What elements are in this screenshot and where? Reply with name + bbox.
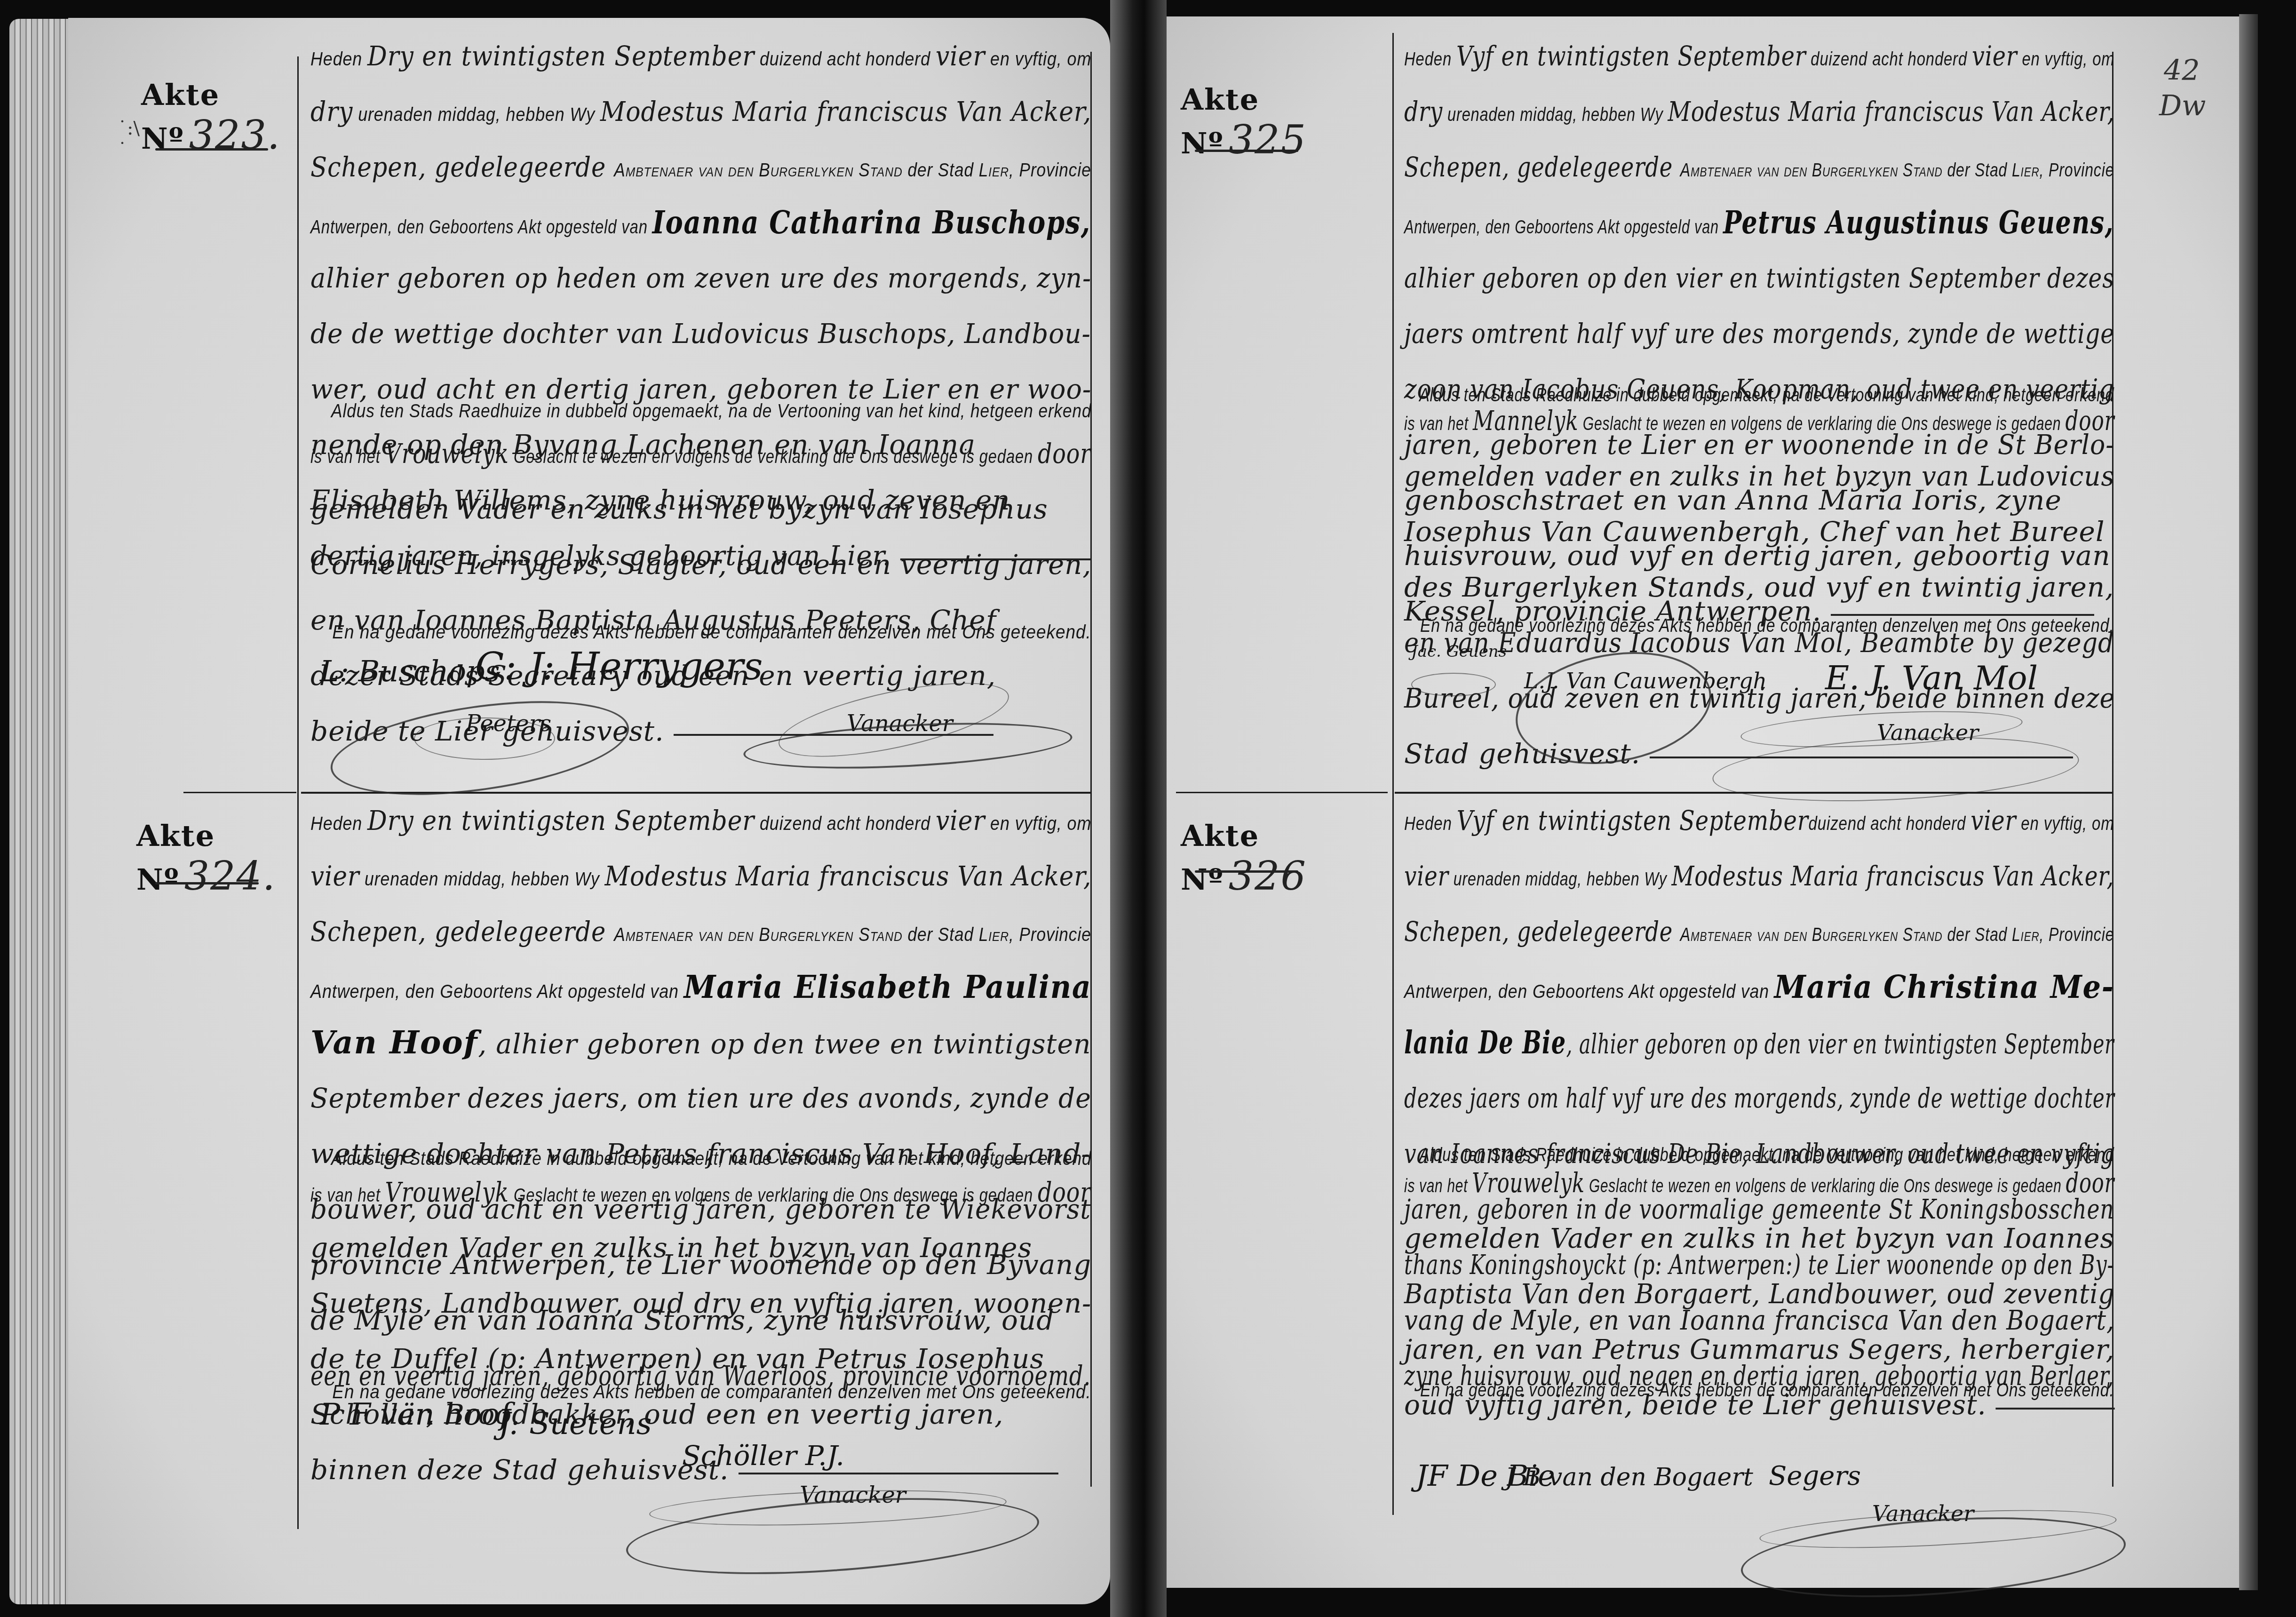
handwritten-text: Mannelyk (1473, 405, 1579, 437)
printed-text: der Stad (903, 924, 979, 945)
akte-number: 324. (184, 853, 276, 899)
handwritten-text: Schepen, gedelegeerde (1404, 151, 1680, 183)
child-name: Maria Christina Me- (1774, 968, 2114, 1006)
child-name: lania De Bie (1404, 1024, 1566, 1061)
printed-text: der Stad (1943, 160, 2012, 181)
printed-text: Heden (310, 813, 367, 834)
handwritten-text: Modestus Maria franciscus Van Acker, (600, 96, 1091, 127)
printed-text: der Stad (1943, 924, 2012, 945)
right-page-margin-divider (1176, 792, 1388, 793)
printed-text: Ambtenaer van den Burgerlyken Stand (1680, 924, 1943, 945)
margin-dash (155, 882, 259, 884)
text-line: Schepen, gedelegeerde Ambtenaer van den … (1404, 139, 1975, 195)
text-line: Antwerpen, den Geboortens Akt opgesteld … (310, 959, 1012, 1015)
printed-text: Ambtenaer van den Burgerlyken Stand (614, 160, 902, 181)
text-line: Antwerpen, den Geboortens Akt opgesteld … (1404, 959, 2037, 1015)
margin-mark: ˙:\ ˙ (118, 118, 140, 161)
handwritten-text: , alhier geboren op den twee en twintigs… (478, 1028, 1091, 1060)
handwritten-text: Vrouwelyk (385, 1176, 509, 1208)
signature: J: Suetens (499, 1407, 652, 1442)
text-line: jaren, en van Petrus Gummarus Segers, he… (1404, 1322, 2088, 1377)
handwritten-text: , alhier geboren op den vier en twintigs… (1566, 1028, 2114, 1060)
printed-text: Ambtenaer van den Burgerlyken Stand (1680, 160, 1943, 181)
printed-text: Heden (1404, 813, 1457, 834)
printed-text: is van het (1404, 414, 1473, 434)
page-stack-edge (9, 19, 71, 1604)
handwritten-text: door (1038, 438, 1091, 470)
handwritten-text: Baptista Van den Borgaert, Landbouwer, o… (1404, 1278, 2115, 1310)
printed-text: en vyftig, om (2016, 813, 2114, 834)
printed-text: Antwerpen, den Geboortens Akt opgesteld … (1404, 217, 1723, 238)
printed-text: en vyftig, om (2017, 49, 2114, 70)
text-line: gemelden vader en zulks in het byzyn van… (1404, 448, 2074, 504)
signed-statement: En na gedane voorlezing dezes Akts hebbe… (1420, 1380, 2114, 1401)
text-line: gemelden Vader en zulks in het byzyn van… (310, 481, 1091, 537)
text-line: vier urenaden middag, hebben Wy Modestus… (310, 848, 1005, 904)
handwritten-text: Dry en twintigsten September (367, 805, 755, 836)
handwritten-text: vier (1404, 860, 1449, 892)
printed-text: is van het (310, 446, 385, 467)
signed-statement: En na gedane voorlezing dezes Akts hebbe… (332, 622, 1091, 643)
handwritten-text: vier (1972, 40, 2017, 72)
printed-text: Heden (1404, 49, 1456, 70)
printed-text: duizend acht honderd (1809, 813, 1971, 834)
akte-number: 323. (189, 112, 281, 158)
printed-text: Ambtenaer van den Burgerlyken Stand (614, 924, 902, 945)
text-line: Baptista Van den Borgaert, Landbouwer, o… (1404, 1266, 2058, 1322)
text-line: gemelden Vader en zulks in het byzyn van… (1404, 1211, 2103, 1266)
handwritten-text: dry (1404, 96, 1443, 127)
text-line: Iosephus Van Cauwenbergh, Chef van het B… (1404, 504, 2114, 559)
signature: P F van hoof (320, 1397, 511, 1432)
printed-text: en vyftig, om (985, 813, 1091, 834)
handwritten-text: Modestus Maria franciscus Van Acker, (604, 860, 1091, 892)
signature-flourish (414, 717, 555, 760)
handwritten-text: jaers omtrent half vyf ure des morgends,… (1404, 318, 2114, 350)
handwritten-text: gemelden vader en zulks in het byzyn van… (1404, 460, 2115, 492)
printed-text: Geslacht te wezen en volgens de verklari… (509, 1185, 1038, 1206)
handwritten-text: September dezes jaers, om tien ure des a… (310, 1082, 1091, 1114)
handwritten-text: vier (1970, 805, 2016, 836)
text-line: September dezes jaers, om tien ure des a… (310, 1070, 1053, 1126)
margin-dash (1195, 150, 1298, 152)
printed-text: der Stad (903, 160, 979, 181)
handwritten-text: Vrouwelyk (385, 438, 509, 470)
handwritten-text: alhier geboren op den vier en twintigste… (1404, 262, 2114, 294)
printed-text: Lier (979, 160, 1009, 181)
handwritten-text: Vyf en twintigsten September (1456, 40, 1806, 72)
handwritten-text: Cornelius Herrygers, Slagter, oud een en… (310, 549, 1091, 581)
handwritten-text: door (2065, 405, 2114, 437)
child-name: Maria Elisabeth Paulina (684, 968, 1092, 1006)
printed-text: , Provincie (1009, 924, 1091, 945)
handwritten-text: dry (310, 96, 353, 127)
margin-note: 42 (2164, 54, 2200, 87)
text-line: vier urenaden middag, hebben Wy Modestus… (1404, 848, 1978, 904)
handwritten-text: Schepen, gedelegeerde (1404, 916, 1680, 948)
printed-text: , Provincie (1009, 160, 1091, 181)
handwritten-text: door (2066, 1167, 2114, 1199)
printed-text: en vyftig, om (985, 49, 1091, 70)
text-line: Schepen, gedelegeerde Ambtenaer van den … (1404, 904, 1975, 959)
margin-dash (1195, 870, 1298, 873)
printed-text: Lier (2012, 924, 2040, 945)
signature: L: Buschops (320, 654, 500, 688)
child-name: Van Hoof (310, 1024, 478, 1061)
text-line: lania De Bie, alhier geboren op den vier… (1404, 1015, 1904, 1070)
printed-text: is van het (310, 1185, 385, 1206)
signature: C: J: Herrygers (475, 645, 763, 688)
text-line: Schepen, gedelegeerde Ambtenaer van den … (310, 139, 1000, 195)
text-line: jaers omtrent half vyf ure des morgends,… (1404, 306, 2007, 361)
text-line: Heden Dry en twintigsten September duize… (310, 793, 1011, 848)
text-line: gemelden Vader en zulks in het byzyn van… (310, 1220, 1091, 1275)
printed-text: Antwerpen, den Geboortens Akt opgesteld … (310, 981, 684, 1002)
signed-statement: En na gedane voorlezing dezes Akts hebbe… (1420, 615, 2114, 636)
akte-number-label: Akte Nº324. (136, 819, 276, 899)
text-line: Heden Dry en twintigsten September duize… (310, 28, 1011, 84)
handwritten-text: des Burgerlyken Stands, oud vyf en twint… (1404, 571, 2114, 603)
text-line: de de wettige dochter van Ludovicus Busc… (310, 306, 1049, 361)
text-line: alhier geboren op den vier en twintigste… (1404, 250, 1998, 306)
printed-text: duizend acht honderd (755, 49, 936, 70)
handwritten-text: Suetens, Landbouwer, oud dry en vyftig j… (310, 1287, 1091, 1319)
text-line: dry urenaden middag, hebben Wy Modestus … (310, 84, 1011, 139)
handwritten-text: gemelden Vader en zulks in het byzyn van… (310, 1232, 1032, 1264)
printed-text: Geslacht te wezen en volgens de verklari… (1579, 414, 2066, 434)
printed-text: duizend acht honderd (755, 813, 936, 834)
text-line: Suetens, Landbouwer, oud dry en vyftig j… (310, 1275, 1082, 1331)
child-name: Ioanna Catharina Buschops, (652, 204, 1091, 241)
akte-number: 326 (1229, 853, 1307, 899)
printed-text: urenaden middag, hebben Wy (1443, 104, 1668, 125)
printed-text: is van het (1404, 1176, 1472, 1196)
text-line: alhier geboren op heden om zeven ure des… (310, 250, 1039, 306)
child-name: Petrus Augustinus Geuens, (1723, 204, 2114, 241)
text-line: dezes jaers om half vyf ure des morgends… (1404, 1070, 1922, 1126)
handwritten-text: vier (936, 805, 985, 836)
handwritten-text: door (1038, 1176, 1091, 1208)
margin-dash (155, 148, 268, 151)
handwritten-text: binnen deze Stad gehuisvest. (310, 1454, 729, 1486)
printed-text: , Provincie (2040, 160, 2114, 181)
text-line: Heden Vyf en twintigsten September duize… (1404, 28, 1988, 84)
handwritten-text: jaren, en van Petrus Gummarus Segers, he… (1404, 1333, 2114, 1365)
handwritten-text: de de wettige dochter van Ludovicus Busc… (310, 318, 1091, 350)
handwritten-text: Iosephus Van Cauwenbergh, Chef van het B… (1404, 516, 2105, 548)
text-line: Heden Vyf en twintigsten Septemberduizen… (1404, 793, 1992, 848)
handwritten-text: gemelden Vader en zulks in het byzyn van… (1404, 1222, 2114, 1254)
closing-intro: Aldus ten Stads Raedhuize in dubbeld opg… (331, 401, 1091, 422)
text-line: des Burgerlyken Stands, oud vyf en twint… (1404, 559, 2113, 615)
signature-flourish (1411, 673, 1496, 696)
akte-number-label: Akte Nº323. (141, 78, 281, 158)
printed-text: Antwerpen, den Geboortens Akt opgesteld … (310, 217, 652, 238)
text-line: Van Hoof, alhier geboren op den twee en … (310, 1015, 1075, 1070)
handwritten-text: vier (936, 40, 985, 72)
printed-text: Lier (2012, 160, 2040, 181)
signature: Schöller P.J. (682, 1440, 844, 1472)
handwritten-text: vier (310, 860, 359, 892)
printed-text: Lier (979, 924, 1009, 945)
handwritten-text: Dry en twintigsten September (367, 40, 755, 72)
left-page-margin-divider (183, 792, 296, 793)
book-gutter (1110, 0, 1167, 1617)
text-line: Antwerpen, den Geboortens Akt opgesteld … (1404, 195, 1950, 250)
right-page-edge (2239, 14, 2258, 1590)
text-line: is van het Vrouwelyk Geslacht te wezen e… (310, 1164, 951, 1220)
margin-note: Dw (2159, 89, 2206, 122)
handwritten-text: Vyf en twintigsten September (1457, 805, 1809, 836)
signature: J B van den Bogaert (1505, 1463, 1753, 1491)
text-line: Antwerpen, den Geboortens Akt opgesteld … (310, 195, 953, 250)
printed-text: Antwerpen, den Geboortens Akt opgesteld … (1404, 981, 1774, 1002)
printed-text: urenaden middag, hebben Wy (353, 104, 600, 125)
printed-text: duizend acht honderd (1806, 49, 1972, 70)
handwritten-text: Schepen, gedelegeerde (310, 151, 614, 183)
handwritten-text: dezes jaers om half vyf ure des morgends… (1404, 1082, 2114, 1114)
akte-number: 325 (1229, 117, 1307, 163)
text-line: Schepen, gedelegeerde Ambtenaer van den … (310, 904, 1000, 959)
printed-text: urenaden middag, hebben Wy (359, 869, 604, 890)
handwritten-text: Vrouwelyk (1472, 1167, 1585, 1199)
printed-text: , Provincie (2040, 924, 2114, 945)
printed-text: Heden (310, 49, 367, 70)
printed-text: urenaden middag, hebben Wy (1449, 869, 1672, 890)
text-line: is van het Vrouwelyk Geslacht te wezen e… (1404, 1155, 1934, 1211)
handwritten-text: alhier geboren op heden om zeven ure des… (310, 262, 1091, 294)
signature: Segers (1769, 1461, 1861, 1491)
signature: Jac. Geuens (1411, 642, 1507, 661)
handwritten-text: Modestus Maria franciscus Van Acker, (1671, 860, 2114, 892)
printed-text: Geslacht te wezen en volgens de verklari… (509, 446, 1038, 467)
line-filler-dash (1995, 1408, 2114, 1410)
printed-text: Geslacht te wezen en volgens de verklari… (1585, 1176, 2066, 1196)
akte-number-label: Akte Nº326 (1181, 819, 1307, 899)
handwritten-text: Schepen, gedelegeerde (310, 916, 614, 948)
text-line: is van het Mannelyk Geslacht te wezen en… (1404, 393, 1940, 448)
line-filler-dash (739, 1473, 1058, 1474)
right-page-margin-rule (1392, 33, 1394, 1515)
handwritten-text: Modestus Maria franciscus Van Acker, (1668, 96, 2114, 127)
text-line: Cornelius Herrygers, Slagter, oud een en… (310, 537, 1082, 592)
signature: E. J. Van Mol (1825, 659, 2038, 697)
text-line: is van het Vrouwelyk Geslacht te wezen e… (310, 426, 951, 481)
handwritten-text: gemelden Vader en zulks in het byzyn van… (310, 493, 1048, 525)
text-line: dry urenaden middag, hebben Wy Modestus … (1404, 84, 1984, 139)
